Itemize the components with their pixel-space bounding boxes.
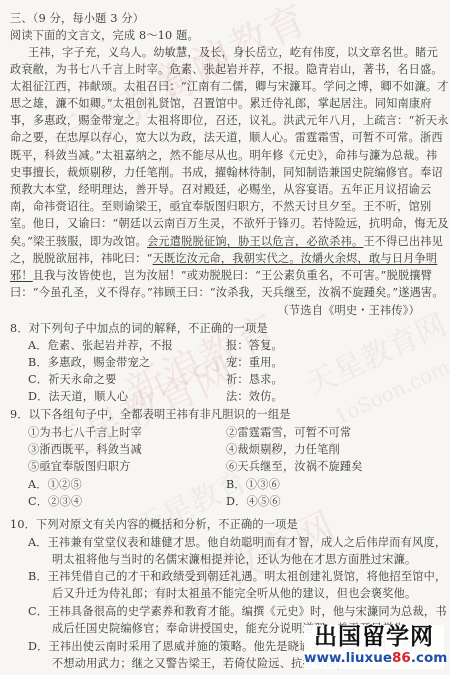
passage-line: 命之要，在忠厚以存心，宽大以为政，法天道，顺人心。雷霆霜雪，可暂不可常。浙西: [10, 131, 444, 145]
passage-line: 南，命祎赍诏往。至则谕梁王，亟宜奉版图归职方，不然天讨旦夕至。王不听，馆别: [10, 200, 444, 214]
q9-option-d[interactable]: D．④⑤⑥: [226, 495, 281, 509]
question-9-stem: 9．以下各组句子中，全都表明王祎有非凡胆识的一组是: [10, 408, 444, 422]
logo-url: www.liuxue86.com: [304, 649, 444, 667]
q10-option-c[interactable]: C．王祎具备很高的史学素养和教育才能。编撰《元史》时，他与宋濂同为总裁，书: [28, 605, 444, 619]
section-header: 三、（9 分，每小题 3 分）: [10, 12, 444, 26]
question-10-stem: 10．下列对原文有关内容的概括和分析，不正确的一项是: [10, 518, 444, 532]
underlined-sentence: 天既讫汝元命，我朝实代之。汝爝火余烬，敢与日月争明: [153, 252, 438, 265]
section-instruction: 阅读下面的文言文，完成 8～10 题。: [10, 29, 444, 43]
passage-line: 预教大本堂，经明理达，善开导。召对殿廷，必赐坐，从容宴语。五年正月议招谕云: [10, 183, 444, 197]
q8-option-a[interactable]: A．危素、张起岩并荐，不报报：答复。: [28, 339, 444, 353]
q9-option-row: A．①②⑤B．①③⑥: [28, 478, 444, 492]
passage-line: 曰：“今虽孔圣，义不得存。”祎顾王曰：“汝杀我，天兵继至，汝祸不旋踵矣。”遂遇害…: [10, 286, 444, 300]
passage-source: （节选自《明史・王祎传》）: [278, 304, 420, 318]
q8-option-d[interactable]: D．法天道，顺人心法：效仿。: [28, 390, 444, 404]
passage-line: 既平，科敛当减。”太祖嘉纳之，然不能尽从也。明年修《元史》，命祎与濂为总裁。祎: [10, 149, 444, 163]
underlined-sentence: 会元遣脱脱征饷，胁王以危言，必欲杀祎。: [147, 235, 363, 248]
exam-page: 新浪教育 天星教育网 新浪教育 天星教育网 1oSoon.com 天星教育网 天…: [0, 0, 450, 675]
passage-line: 史事擅长，裁烦剔秽，力任笔削。书成，擢翰林待制，同知制诰兼国史院编修官。奉诏: [10, 166, 444, 180]
underlined-sentence: 邪！: [10, 269, 33, 282]
q8-option-c[interactable]: C．祈天永命之要祈：恳求。: [28, 373, 444, 387]
q10-option-b[interactable]: B．王祎凭借自己的才干和政绩受到朝廷礼遇。明太祖创建礼贤馆，将他招至馆中，: [28, 570, 444, 584]
q9-option-a[interactable]: A．①②⑤: [28, 478, 82, 491]
passage-line: 矣。”梁王骇服，即为改馆。会元遣脱脱征饷，胁王以危言，必欲杀祎。王不得已出祎见: [10, 235, 444, 249]
passage-line: 王祎，字子充，义乌人。幼敏慧，及长，身长岳立，屹有伟度，以文章名世。睹元: [28, 46, 444, 60]
passage-line: 政衰敝，为书七八千言上时宰。危素、张起岩并荐，不报。隐青岩山，著书，名日盛。: [10, 63, 444, 77]
passage-line: 之，脱脱欲屈祎，祎叱曰：“天既讫汝元命，我朝实代之。汝爝火余烬，敢与日月争明: [10, 252, 444, 266]
q9-option-c[interactable]: C．②③④: [28, 495, 82, 508]
q10-option-a-cont: 明太祖将他与当时的名儒宋濂相提并论，还认为他在才思方面胜过宋濂。: [52, 553, 444, 567]
q9-item-row: ①为书七八千言上时宰②雷霆霜雪，可暂不可常: [28, 426, 444, 440]
q9-item-row: ③浙西既平，科敛当减④裁烦剔秽，力任笔削: [28, 443, 444, 457]
passage-line: 太祖征江西，祎献颂。太祖召曰：“江南有二儒，卿与宋濂耳。学问之博，卿不如濂。才: [10, 80, 444, 94]
q10-option-b-cont: 后又升迁为侍礼郎；有时太祖虽不能完全听从他的建议，但也会褒奖他。: [52, 587, 444, 601]
logo-title: 出国留学网: [304, 625, 444, 649]
site-logo[interactable]: 出国留学网 www.liuxue86.com: [304, 625, 444, 669]
q9-item-row: ⑤亟宜奉版图归职方⑥天兵继至，汝祸不旋踵矣: [28, 460, 444, 474]
question-8-stem: 8．对下列句子中加点的词的解释，不正确的一项是: [10, 322, 444, 336]
q9-option-b[interactable]: B．①③⑥: [226, 478, 280, 492]
passage-line: 事，多惠政，赐金带宠之。太祖将即位，召还，议礼。洪武元年八月，上疏言：“祈天永: [10, 114, 444, 128]
q9-option-row: C．②③④D．④⑤⑥: [28, 495, 444, 509]
passage-line: 思之雄，濂不如卿。”太祖创礼贤馆，召置馆中。累迁侍礼郎，掌起居注。同知南康府: [10, 97, 444, 111]
passage-line: 邪！且我与汝皆使也，岂为汝屈！”或劝脱脱曰：“王公素负重名，不可害。”脱脱攘臂: [10, 269, 444, 283]
passage-line: 室。他日，又谕曰：“朝廷以云南百万生灵，不欲歼于锋刃。若恃险远，抗明命，悔无及: [10, 217, 444, 231]
q8-option-b[interactable]: B．多惠政，赐金带宠之宠：重用。: [28, 356, 444, 370]
q10-option-a[interactable]: A．王祎兼有堂堂仪表和雄健才思。他自幼聪明而有才智，成人之后伟岸而有风度，: [28, 536, 444, 550]
